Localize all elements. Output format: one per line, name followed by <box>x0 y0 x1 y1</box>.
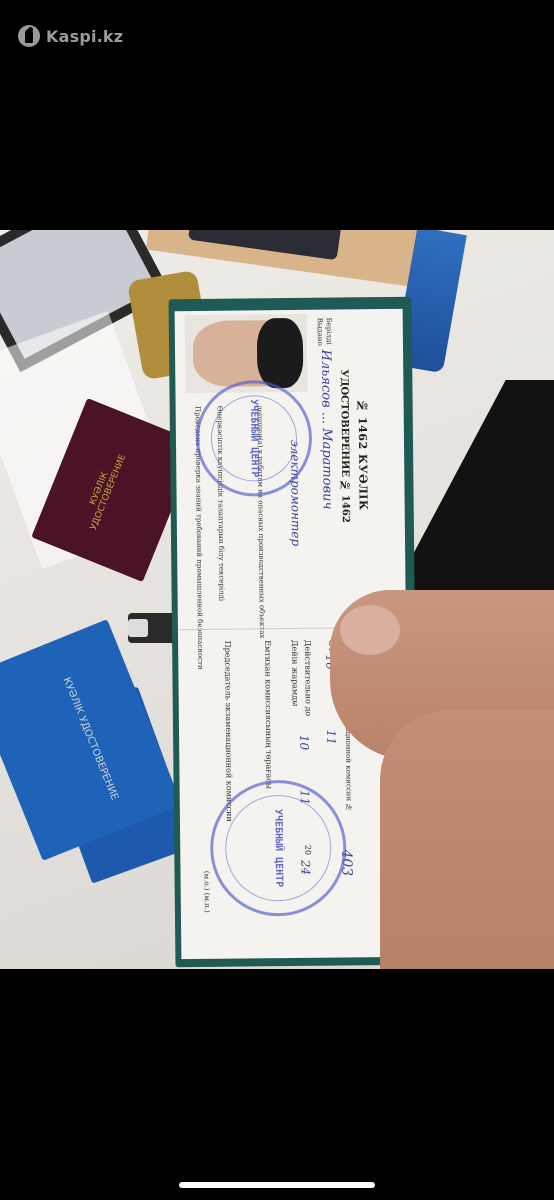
valid-until-label-kz: Дейін жарамды <box>290 640 300 707</box>
holder-name: Ильясов ... Маратович <box>318 350 335 510</box>
blue-booklet-title: КУӘЛІК УДОСТОВЕРЕНИЕ <box>30 668 123 822</box>
home-indicator[interactable] <box>179 1182 375 1188</box>
chairman-label-ru: Председатель экзаменационной комиссии <box>223 641 234 822</box>
holding-hand <box>380 710 554 969</box>
viewer-header: Kaspi.kz <box>18 24 123 48</box>
valid-until-day: 10 <box>297 735 311 750</box>
chairman-label-kz: Емтихан комиссиясының төрағасы <box>263 640 274 789</box>
cert-title-kz: № 1462 КУӘЛІК <box>356 399 370 510</box>
stamp-upper: УЧЕБНЫЙ ЦЕНТР <box>195 380 312 497</box>
stamp-text-lower: УЧЕБНЫЙ ЦЕНТР <box>272 809 284 887</box>
brand-name: Kaspi.kz <box>46 27 123 46</box>
issued-label-ru: Выдано <box>316 318 324 346</box>
signature-label: (м.о.) (м.п.) <box>202 871 210 913</box>
stamp-lower: УЧЕБНЫЙ ЦЕНТР <box>210 779 347 916</box>
valid-until-label-ru: Действительно до <box>303 640 313 716</box>
issued-label-kz: Берілді <box>325 318 333 345</box>
certificate-photo[interactable]: КУӘЛІК УДОСТОВЕРЕНИЕ КУӘЛІК УДОСТОВЕРЕНИ… <box>0 230 554 969</box>
cert-title-ru: УДОСТОВЕРЕНИЕ № 1462 <box>338 369 351 522</box>
maroon-booklet-title: КУӘЛІК УДОСТОВЕРЕНИЕ <box>76 441 151 549</box>
thumbnail <box>340 605 400 655</box>
stamp-text: УЧЕБНЫЙ ЦЕНТР <box>248 399 260 477</box>
from-month: 11 <box>324 730 338 745</box>
kaspi-logo-icon <box>18 25 40 47</box>
